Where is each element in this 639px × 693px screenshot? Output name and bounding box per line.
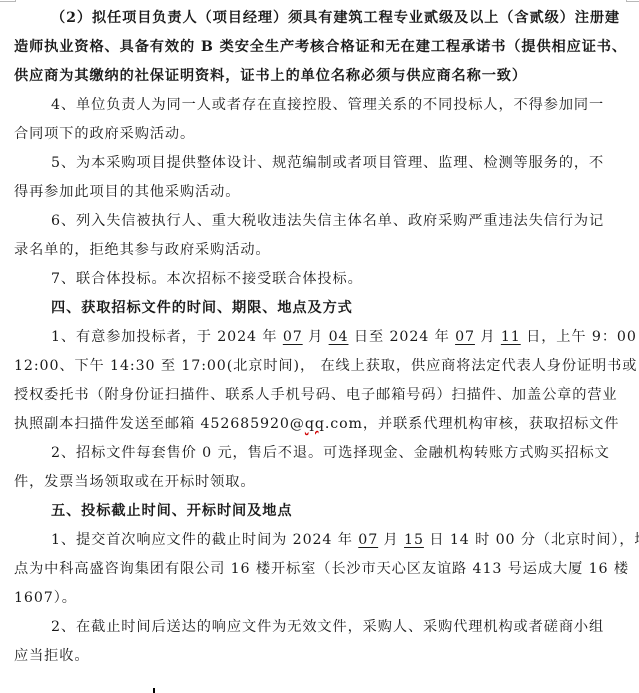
section-5-clause-1: 1、提交首次响应文件的截止时间为 2024 年 07 月 15 日 14 时 0… (14, 526, 626, 613)
page-margin-marker-top-left (0, 0, 16, 2)
start-day-field: 04 (329, 329, 349, 345)
text-line: 12:00、下午 14:30 至 17:00(北京时间)， 在线上获取，供应商将… (14, 352, 626, 381)
document-page[interactable]: （2）拟任项目负责人（项目经理）须具有建筑工程专业贰级及以上（含贰级）注册建 造… (14, 4, 626, 671)
text-line: 得再参加此项目的其他采购活动。 (14, 178, 626, 207)
section-4-clause-1: 1、有意参加投标者，于 2024 年 07 月 04 日至 2024 年 07 … (14, 323, 626, 439)
deadline-day-field: 15 (404, 532, 424, 548)
text-line: 6、列入失信被执行人、重大税收违法失信主体名单、政府采购严重违法失信行为记 (14, 207, 626, 236)
deadline-month-field: 07 (358, 532, 378, 548)
text-line: 1607）。 (14, 584, 626, 613)
clause-5: 5、为本采购项目提供整体设计、规范编制或者项目管理、监理、检测等服务的，不 得再… (14, 149, 626, 207)
text-line: 5、为本采购项目提供整体设计、规范编制或者项目管理、监理、检测等服务的，不 (14, 149, 626, 178)
text-run: 日至 2024 年 (348, 329, 455, 345)
text-run: 1、提交首次响应文件的截止时间为 2024 年 (51, 532, 358, 548)
clause-4: 4、单位负责人为同一人或者存在直接控股、管理关系的不同投标人，不得参加同一 合同… (14, 91, 626, 149)
text-line: 应当拒收。 (14, 642, 626, 671)
text-line: 录名单的，拒绝其参与政府采购活动。 (14, 236, 626, 265)
text-run: 日 14 时 00 分（北京时间），地 (424, 532, 639, 548)
text-line: 供应商为其缴纳的社保证明资料，证书上的单位名称必须与供应商名称一致） (14, 62, 626, 91)
text-run: 月 (475, 329, 501, 345)
section-5-clause-2: 2、在截止时间后送达的响应文件为无效文件，采购人、采购代理机构或者磋商小组 应当… (14, 613, 626, 671)
text-run: .com，并联系代理机构审核，获取招标文件 (325, 416, 620, 432)
clause-6: 6、列入失信被执行人、重大税收违法失信主体名单、政府采购严重违法失信行为记 录名… (14, 207, 626, 265)
text-line: 造师执业资格、具备有效的 B 类安全生产考核合格证和无在建工程承诺书（提供相应证… (14, 33, 626, 62)
text-line: 2、招标文件每套售价 0 元，售后不退。可选择现金、金融机构转账方式购买招标文 (14, 439, 626, 468)
text-line: 合同项下的政府采购活动。 (14, 120, 626, 149)
text-run: 月 (303, 329, 329, 345)
section-4-clause-2: 2、招标文件每套售价 0 元，售后不退。可选择现金、金融机构转账方式购买招标文 … (14, 439, 626, 497)
text-run: 月 (378, 532, 404, 548)
section-4-heading: 四、获取招标文件的时间、期限、地点及方式 (14, 294, 626, 323)
text-line: 点为中科高盛咨询集团有限公司 16 楼开标室（长沙市天心区友谊路 413 号运成… (14, 555, 626, 584)
project-manager-requirement: （2）拟任项目负责人（项目经理）须具有建筑工程专业贰级及以上（含贰级）注册建 造… (14, 4, 626, 91)
text-run: 1、有意参加投标者，于 2024 年 (51, 329, 283, 345)
text-line: （2）拟任项目负责人（项目经理）须具有建筑工程专业贰级及以上（含贰级）注册建 (14, 4, 626, 33)
text-line: 7、联合体投标。本次招标不接受联合体投标。 (14, 265, 626, 294)
text-line: 1、提交首次响应文件的截止时间为 2024 年 07 月 15 日 14 时 0… (14, 526, 626, 555)
text-line: 2、在截止时间后送达的响应文件为无效文件，采购人、采购代理机构或者磋商小组 (14, 613, 626, 642)
text-run: 执照副本扫描件发送至邮箱 452685920@ (14, 416, 305, 432)
text-line: 执照副本扫描件发送至邮箱 452685920@qq.com，并联系代理机构审核，… (14, 410, 626, 439)
end-month-field: 07 (455, 329, 475, 345)
section-5-heading: 五、投标截止时间、开标时间及地点 (14, 497, 626, 526)
text-line: 授权委托书（附身份证扫描件、联系人手机号码、电子邮箱号码）扫描件、加盖公章的营业 (14, 381, 626, 410)
text-cursor (153, 688, 155, 693)
text-line: 4、单位负责人为同一人或者存在直接控股、管理关系的不同投标人，不得参加同一 (14, 91, 626, 120)
text-run: 日，上午 9：00 至 (521, 329, 639, 345)
spellcheck-flagged-word[interactable]: qq (305, 416, 325, 432)
page-margin-marker-top-right (626, 0, 639, 2)
text-line: 件，发票当场领取或在开标时领取。 (14, 468, 626, 497)
text-line: 1、有意参加投标者，于 2024 年 07 月 04 日至 2024 年 07 … (14, 323, 626, 352)
end-day-field: 11 (501, 329, 521, 345)
clause-7: 7、联合体投标。本次招标不接受联合体投标。 (14, 265, 626, 294)
start-month-field: 07 (283, 329, 303, 345)
